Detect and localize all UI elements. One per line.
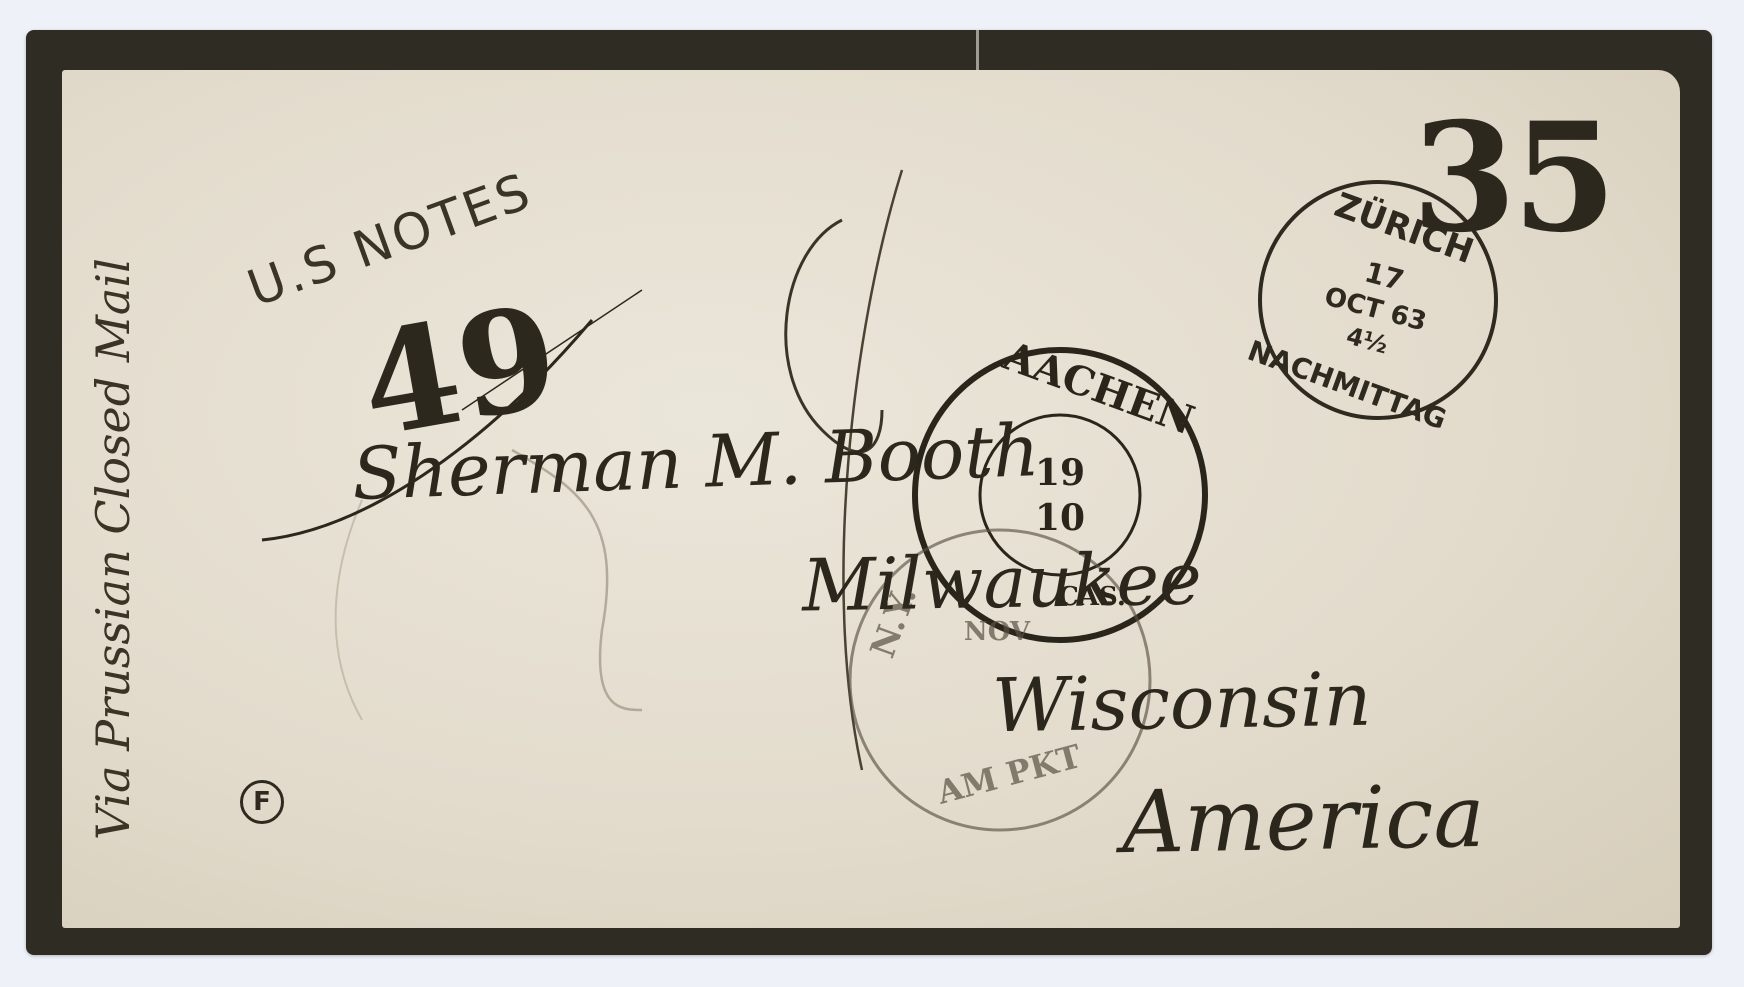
pencil-curve-2 <box>336 500 362 720</box>
svg-text:10: 10 <box>1035 497 1085 539</box>
address-city: Milwaukee <box>801 537 1202 628</box>
envelope: ZÜRICH 17 OCT 63 4½ NACHMITTAG AACHEN 19… <box>62 70 1680 928</box>
routing-endorsement: Via Prussian Closed Mail <box>86 258 140 840</box>
photo-crease <box>976 30 979 70</box>
address-state: Wisconsin <box>991 657 1372 750</box>
svg-text:17: 17 <box>1361 255 1407 297</box>
rate-marking-35: 35 <box>1412 90 1613 266</box>
address-country: America <box>1121 767 1485 873</box>
expert-mark-f: F <box>240 780 284 824</box>
svg-text:19: 19 <box>1035 452 1085 494</box>
